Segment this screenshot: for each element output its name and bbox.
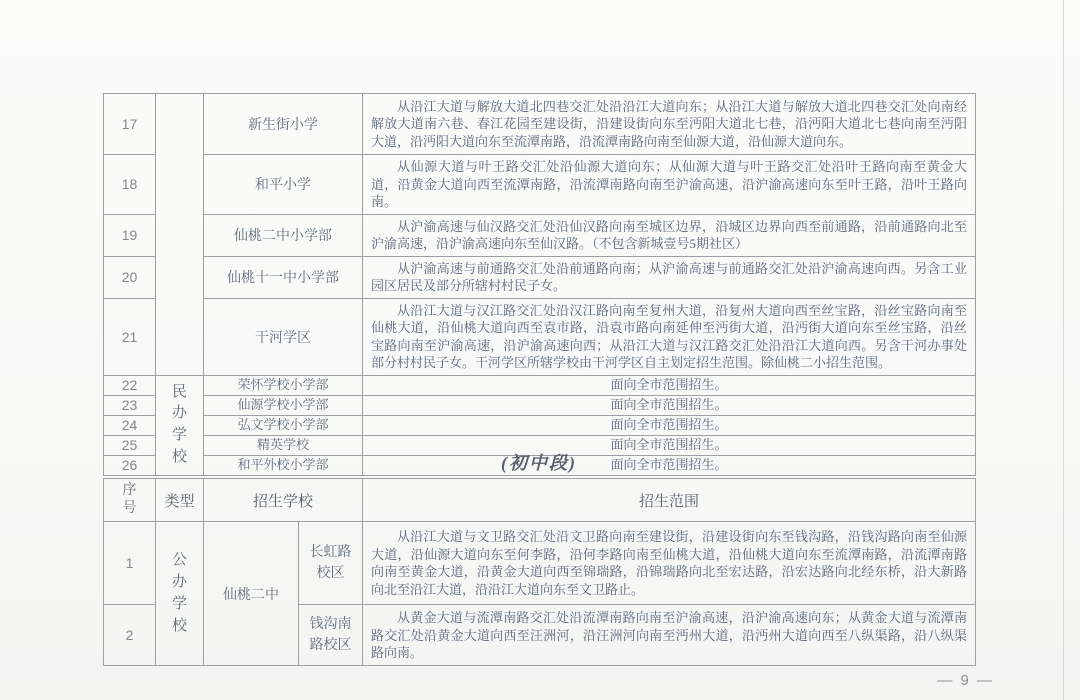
row-number-cell: 20 bbox=[104, 256, 156, 298]
school-cell: 干河学区 bbox=[204, 298, 363, 375]
header-no: 序号 bbox=[104, 479, 156, 522]
range-cell: 从仙源大道与叶王路交汇处沿仙源大道向东；从仙源大道与叶王路交汇处沿叶王路向南至黄… bbox=[363, 155, 976, 215]
row-number-cell: 24 bbox=[104, 415, 156, 435]
table-row: 23 仙源学校小学部 面向全市范围招生。 bbox=[104, 395, 976, 415]
range-cell: 从沪渝高速与前通路交汇处沿前通路向南；从沪渝高速与前通路交汇处沿沪渝高速向西。另… bbox=[363, 256, 976, 298]
type-vertical-label: 公办学校 bbox=[171, 550, 188, 637]
table-row: 1 公办学校 仙桃二中 长虹路校区 从沿江大道与文卫路交汇处沿文卫路向南至建设街… bbox=[104, 522, 976, 605]
row-number-cell: 1 bbox=[104, 522, 156, 605]
range-cell: 从沿江大道与文卫路交汇处沿文卫路向南至建设街，沿建设街向东至钱沟路，沿钱沟路向南… bbox=[363, 522, 976, 605]
scan-edge-line bbox=[1063, 0, 1064, 700]
table-row: 22 民办学校 荣怀学校小学部 面向全市范围招生。 bbox=[104, 375, 976, 395]
range-cell: 从沪渝高速与仙汉路交汇处沿仙汉路向南至城区边界，沿城区边界向西至前通路，沿前通路… bbox=[363, 214, 976, 256]
header-no-label: 序号 bbox=[122, 482, 137, 518]
elementary-enrollment-table: 17 新生街小学 从沿江大道与解放大道北四巷交汇处沿沿江大道向东；从沿江大道与解… bbox=[103, 93, 976, 476]
row-number-cell: 23 bbox=[104, 395, 156, 415]
campus-label: 钱沟南路校区 bbox=[308, 614, 353, 656]
type-cell-empty bbox=[156, 94, 204, 376]
row-number-cell: 21 bbox=[104, 298, 156, 375]
type-cell-gongban: 公办学校 bbox=[156, 522, 204, 666]
school-cell: 新生街小学 bbox=[204, 94, 363, 155]
range-cell: 面向全市范围招生。 bbox=[363, 415, 976, 435]
table-row: 21 干河学区 从沿江大道与汉江路交汇处沿汉江路向南至复州大道，沿复州大道向西至… bbox=[104, 298, 976, 375]
range-text: 从沪渝高速与仙汉路交汇处沿仙汉路向南至城区边界，沿城区边界向西至前通路，沿前通路… bbox=[371, 218, 967, 253]
row-number-cell: 19 bbox=[104, 214, 156, 256]
row-number-cell: 17 bbox=[104, 94, 156, 155]
campus-cell: 长虹路校区 bbox=[299, 522, 363, 605]
range-cell: 从黄金大道与流潭南路交汇处沿流潭南路向南至沪渝高速，沿沪渝高速向东；从黄金大道与… bbox=[363, 605, 976, 666]
table-header-row: 序号 类型 招生学校 招生范围 bbox=[104, 479, 976, 522]
school-cell: 仙桃二中 bbox=[204, 522, 299, 666]
range-text: 从沿江大道与文卫路交汇处沿文卫路向南至建设街，沿建设街向东至钱沟路，沿钱沟路向南… bbox=[371, 528, 967, 598]
table-row: 17 新生街小学 从沿江大道与解放大道北四巷交汇处沿沿江大道向东；从沿江大道与解… bbox=[104, 94, 976, 155]
section-title-junior: (初中段) bbox=[103, 449, 975, 475]
range-cell: 从沿江大道与解放大道北四巷交汇处沿沿江大道向东；从沿江大道与解放大道北四巷交汇处… bbox=[363, 94, 976, 155]
junior-enrollment-table: 序号 类型 招生学校 招生范围 1 公办学校 仙桃二中 长虹路校区 从沿江大道与… bbox=[103, 478, 976, 666]
header-school: 招生学校 bbox=[204, 479, 363, 522]
row-number-cell: 2 bbox=[104, 605, 156, 666]
table-row: 20 仙桃十一中小学部 从沪渝高速与前通路交汇处沿前通路向南；从沪渝高速与前通路… bbox=[104, 256, 976, 298]
range-text: 从沪渝高速与前通路交汇处沿前通路向南；从沪渝高速与前通路交汇处沿沪渝高速向西。另… bbox=[371, 260, 967, 295]
campus-cell: 钱沟南路校区 bbox=[299, 605, 363, 666]
table-row: 18 和平小学 从仙源大道与叶王路交汇处沿仙源大道向东；从仙源大道与叶王路交汇处… bbox=[104, 155, 976, 215]
school-cell: 和平小学 bbox=[204, 155, 363, 215]
range-text: 从沿江大道与解放大道北四巷交汇处沿沿江大道向东；从沿江大道与解放大道北四巷交汇处… bbox=[371, 98, 967, 151]
range-cell: 面向全市范围招生。 bbox=[363, 395, 976, 415]
range-text: 从黄金大道与流潭南路交汇处沿流潭南路向南至沪渝高速，沿沪渝高速向东；从黄金大道与… bbox=[371, 609, 967, 662]
range-cell: 从沿江大道与汉江路交汇处沿汉江路向南至复州大道，沿复州大道向西至丝宝路，沿丝宝路… bbox=[363, 298, 976, 375]
range-text: 从仙源大道与叶王路交汇处沿仙源大道向东；从仙源大道与叶王路交汇处沿叶王路向南至黄… bbox=[371, 158, 967, 211]
school-cell: 荣怀学校小学部 bbox=[204, 375, 363, 395]
row-number-cell: 22 bbox=[104, 375, 156, 395]
range-text: 从沿江大道与汉江路交汇处沿汉江路向南至复州大道，沿复州大道向西至丝宝路，沿丝宝路… bbox=[371, 302, 967, 372]
school-cell: 仙源学校小学部 bbox=[204, 395, 363, 415]
row-number-cell: 18 bbox=[104, 155, 156, 215]
scanned-document-page: 17 新生街小学 从沿江大道与解放大道北四巷交汇处沿沿江大道向东；从沿江大道与解… bbox=[0, 0, 1080, 700]
header-type: 类型 bbox=[156, 479, 204, 522]
table-row: 24 弘文学校小学部 面向全市范围招生。 bbox=[104, 415, 976, 435]
school-cell: 弘文学校小学部 bbox=[204, 415, 363, 435]
header-range: 招生范围 bbox=[363, 479, 976, 522]
range-cell: 面向全市范围招生。 bbox=[363, 375, 976, 395]
campus-label: 长虹路校区 bbox=[308, 542, 353, 584]
table-row: 19 仙桃二中小学部 从沪渝高速与仙汉路交汇处沿仙汉路向南至城区边界，沿城区边界… bbox=[104, 214, 976, 256]
page-number: — 9 — bbox=[937, 672, 994, 689]
school-cell: 仙桃二中小学部 bbox=[204, 214, 363, 256]
school-cell: 仙桃十一中小学部 bbox=[204, 256, 363, 298]
